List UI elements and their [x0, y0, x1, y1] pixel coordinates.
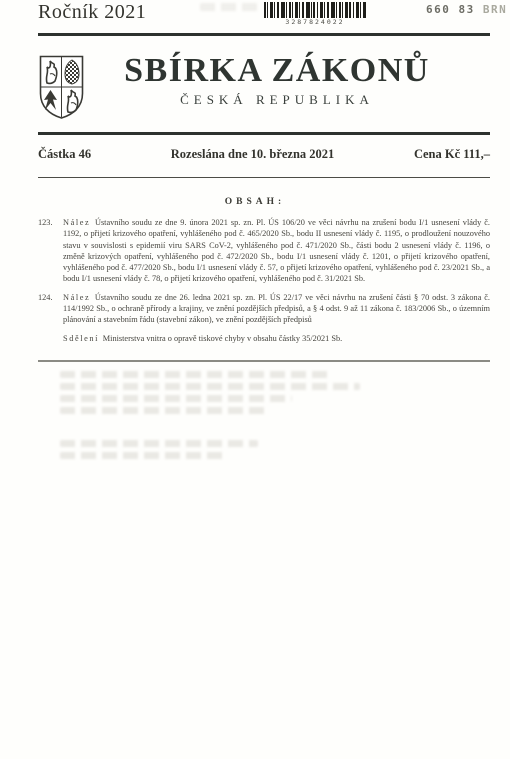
stamp-city: BRN [483, 3, 507, 16]
gazette-subtitle: ČESKÁ REPUBLIKA [72, 92, 482, 108]
contents-heading: OBSAH: [0, 197, 510, 207]
print-bleed-through [60, 395, 292, 402]
contents-list: 123. Nález Ústavního soudu ze dne 9. úno… [38, 217, 490, 344]
top-rule [38, 33, 490, 36]
print-bleed-through [60, 383, 360, 390]
print-bleed-through [200, 3, 258, 11]
bottom-rule [38, 360, 490, 362]
item-text: Nález Ústavního soudu ze dne 9. února 20… [63, 217, 490, 285]
price: Cena Kč 111,– [414, 147, 490, 162]
item-act-type: Nález [63, 218, 95, 227]
gazette-title: SBÍRKA ZÁKONŮ [72, 52, 482, 89]
masthead-rule [38, 132, 490, 135]
masthead: SBÍRKA ZÁKONŮ ČESKÁ REPUBLIKA [72, 52, 482, 108]
ministry-notice: Sdělení Ministerstva vnitra o opravě tis… [63, 333, 490, 344]
stamp-zip: 660 83 [426, 3, 475, 16]
issue-info-row: Částka 46 Rozeslána dne 10. března 2021 … [38, 147, 490, 162]
barcode-number: 3287824022 [264, 18, 366, 26]
issue-rule [38, 177, 490, 178]
distribution-date: Rozeslána dne 10. března 2021 [91, 147, 414, 162]
contents-item-123: 123. Nález Ústavního soudu ze dne 9. úno… [38, 217, 490, 285]
print-bleed-through [60, 440, 258, 447]
postal-stamp: 660 83 BRN [426, 3, 507, 16]
volume-year: Ročník 2021 [38, 1, 146, 24]
item-description: Ústavního soudu ze dne 9. února 2021 sp.… [63, 218, 490, 283]
issue-number: Částka 46 [38, 147, 91, 162]
item-act-type: Nález [63, 293, 95, 302]
item-number: 123. [38, 217, 58, 285]
print-bleed-through [60, 371, 332, 378]
item-description: Ústavního soudu ze dne 26. ledna 2021 sp… [63, 293, 490, 325]
item-text: Nález Ústavního soudu ze dne 26. ledna 2… [63, 292, 490, 326]
contents-item-124: 124. Nález Ústavního soudu ze dne 26. le… [38, 292, 490, 326]
notice-description: Ministerstva vnitra o opravě tiskové chy… [103, 334, 342, 343]
barcode: 3287824022 [264, 2, 366, 26]
print-bleed-through [60, 452, 228, 459]
print-bleed-through [60, 407, 268, 414]
item-number: 124. [38, 292, 58, 326]
notice-act-type: Sdělení [63, 334, 103, 343]
gazette-front-page: Ročník 2021 3287824022 [0, 0, 510, 759]
barcode-bars [264, 2, 366, 18]
